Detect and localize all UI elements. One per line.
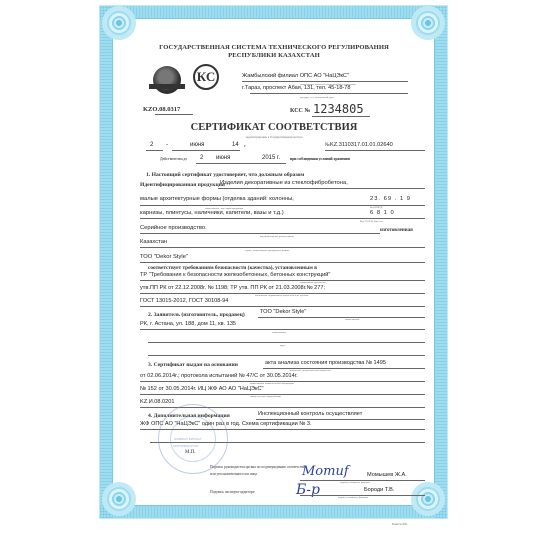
requirement-line-3-rule <box>140 306 425 307</box>
product-line-3: карнизы, плинтусы, наличники, капители, … <box>140 210 284 216</box>
requirement-line-1-rule <box>140 280 425 281</box>
certificate-title: СЕРТИФИКАТ СООТВЕТСТВИЯ <box>120 122 428 133</box>
expert-name: Бороди Т.В. <box>364 487 394 493</box>
section3-label: 3. Сертификат выдан на основании <box>148 362 238 368</box>
head-signature: Momuf <box>302 464 349 479</box>
header-line-2: РЕСПУБЛИКИ КАЗАХСТАН <box>120 52 428 59</box>
applicant-name: ТОО "Dekor Style" <box>260 309 306 315</box>
rosette-top-left <box>104 8 134 38</box>
reg-number: О.08.0317 <box>152 106 180 113</box>
basis-line-3-rule <box>140 394 425 395</box>
accreditation-number: KZО.08.0317 <box>143 106 180 113</box>
additional-line-1-rule <box>256 419 425 420</box>
header-line-1: ГОСУДАРСТВЕННАЯ СИСТЕМА ТЕХНИЧЕСКОГО РЕГ… <box>120 44 428 51</box>
kss-label: КСС № <box>290 108 310 114</box>
stamp-mp-label: М.П. <box>185 450 196 455</box>
rosette-bottom-right <box>413 484 443 514</box>
reg-dash: - <box>166 142 168 148</box>
basis-line-4: KZ.И.08.0201 <box>140 399 175 405</box>
ks-logo-icon: КС <box>193 64 219 90</box>
head-signature-label-1: Подпись руководителя органа по подтвержд… <box>210 465 307 469</box>
tnved-code: 6 8 1 0 <box>370 210 395 216</box>
expert-signature-label: Подпись эксперта-аудитора <box>210 490 254 494</box>
applicant-rule <box>258 317 425 318</box>
country-caption: страна, наименование предприятия, фирмы <box>245 249 289 252</box>
head-signature-caption: подпись, инициалы, фамилия <box>340 481 370 484</box>
basis-line-3: № 152 от 30.05.2014г. ИЦ ЖФ АО АО "НаЦЭк… <box>140 386 264 392</box>
product-label: Идентифицированная продукция <box>140 182 225 188</box>
manufacturer-rule <box>140 262 425 263</box>
complies-text: соответствует требованиям безопасности (… <box>148 265 317 271</box>
blank-rule-a <box>148 342 425 343</box>
reg-month-line <box>172 150 228 151</box>
basis-line-1: акта анализа состояния производства № 14… <box>265 360 386 366</box>
requirement-line-1: ТР "Требования к безопасности железобето… <box>140 272 330 278</box>
made-label: изготовленная <box>380 228 413 233</box>
stamp-text-1: ЖАМБЫЛ ФИЛИАЛ <box>174 437 201 441</box>
reg-prefix: KZ <box>143 106 152 113</box>
country: Казахстан <box>140 239 167 245</box>
manufacturer: ТОО "Dekor Style" <box>140 254 188 260</box>
reg-year: 14 <box>232 142 239 148</box>
blank-rule-b <box>148 355 425 356</box>
basis-caption-3: номер аттестата аккредитации <box>250 395 281 398</box>
basis-caption-2: наименование испытательной лаборатории <box>250 382 294 385</box>
validity-label: Действителен до <box>160 157 187 161</box>
reg-number-line <box>155 114 193 115</box>
head-name: Момышев Ж.А. <box>367 472 407 478</box>
country-rule <box>140 247 425 248</box>
product-line-1-rule <box>218 188 425 189</box>
product-line-3-rule <box>140 218 425 219</box>
reg-day: 2 <box>150 142 153 148</box>
stamp-text-2: СЕРТИФИКАТТАР <box>173 444 199 448</box>
section1-intro: 1. Настоящий сертификат удостоверяет, чт… <box>146 172 304 178</box>
basis-caption-1: документы, представленные заявителем <box>290 369 331 372</box>
issuer-address-caption: юр.адрес, тел. электронный адрес <box>300 96 334 99</box>
issuer-address-line <box>250 93 408 94</box>
reg-year-suffix: г. <box>244 143 246 148</box>
section2-label: 2. Заявитель (изготовитель, продавец) <box>148 312 245 318</box>
reg-month: июня <box>190 142 204 148</box>
applicant-address: РК, г. Астана, ул. 188, дом 11, кв. 135 <box>140 321 236 327</box>
requirement-line-2: утв.ПП РК от 22.12.2008г. № 1198; ТР утв… <box>140 285 325 291</box>
issuer-name-line <box>242 81 408 82</box>
basis-line-1-rule <box>263 368 425 369</box>
validity-year: 2015 г. <box>262 155 280 161</box>
expert-signature-caption: подпись, инициалы, фамилия <box>338 496 368 499</box>
rosette-bottom-left <box>104 484 134 514</box>
validity-line <box>196 163 286 164</box>
certificate-reg-number: KZ.3110317.01.01.02640 <box>330 142 393 148</box>
kpved-code: 23. 69 . 1 9 <box>370 196 411 202</box>
requirement-caption-2: обозначение нормативных документов и их … <box>255 294 308 297</box>
kpved-caption: Код КПВЭД <box>370 206 382 209</box>
certificate-reg-number-line <box>325 150 425 151</box>
kss-number-line <box>312 116 370 117</box>
reg-year-line <box>228 150 240 151</box>
kss-number: 1234805 <box>313 102 364 116</box>
globe-logo-band <box>149 84 185 89</box>
footer-note: Бланк № 0001 <box>392 523 408 526</box>
validity-suffix: при соблюдении условий хранения <box>290 157 350 161</box>
serial-rule <box>140 233 380 234</box>
blank-caption-a: наименование <box>272 331 286 334</box>
rosette-top-right <box>413 8 443 38</box>
basis-line-2: от 02.06.2014г.; протокола испытаний № 4… <box>140 373 298 379</box>
additional-line-1: Инспекционный контроль осуществляет <box>258 411 362 417</box>
reg-day-line <box>146 150 163 151</box>
product-line-2: малые архитектурные формы (отделка здани… <box>140 196 294 202</box>
tnved-caption: Код ТН ВЭД, Евр.Азэс <box>360 220 383 223</box>
serial-caption: вид производства, размер партии <box>260 235 294 238</box>
product-line-1: Изделия декоративные из стеклофибробетон… <box>220 180 348 186</box>
requirement-caption-1: нормативные документы <box>300 281 325 284</box>
issuer-address: г.Тараз, проспект Абая, 131, тел. 45-18-… <box>242 85 351 91</box>
applicant-caption: наименование <box>345 318 359 321</box>
head-signature-label-2: или уполномоченного им лица <box>210 472 257 476</box>
applicant-address-rule <box>140 329 425 330</box>
serial-production: Серийное производство. <box>140 225 207 231</box>
requirement-line-3: ГОСТ 13015-2012, ГОСТ 30108-94 <box>140 298 228 304</box>
issuer-name: Жамбылский филиал ОПС АО "НаЦЭкС" <box>242 73 349 79</box>
validity-month: июня <box>216 155 230 161</box>
validity-day: 2 <box>200 155 203 161</box>
globe-logo-icon <box>153 66 181 94</box>
blank-caption-b: адрес <box>280 344 286 347</box>
certificate-subtitle: зарегистрирован в Государственном реестр… <box>120 135 428 139</box>
